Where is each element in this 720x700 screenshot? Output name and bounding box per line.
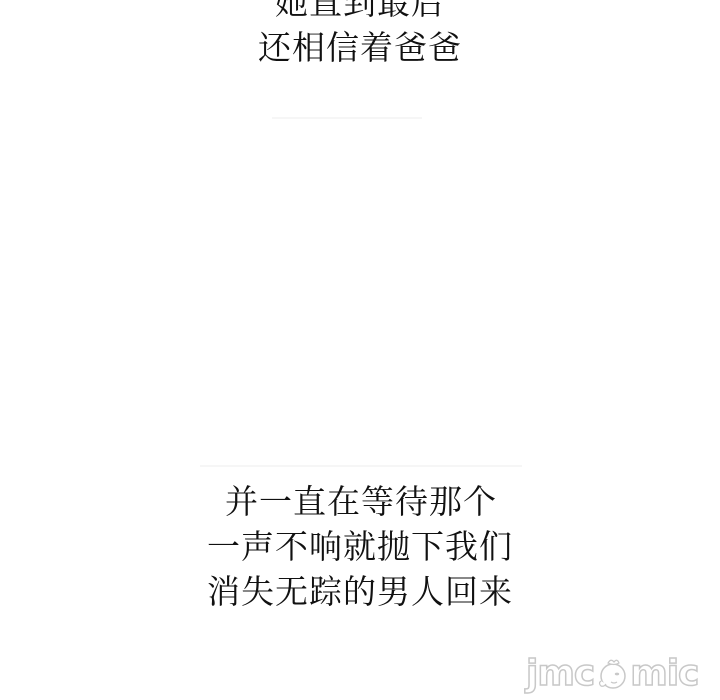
watermark-suffix: mic bbox=[630, 652, 698, 696]
caption-line: 还相信着爸爸 bbox=[0, 25, 720, 70]
divider bbox=[200, 465, 522, 467]
caption-line: 消失无踪的男人回来 bbox=[0, 569, 720, 614]
caption-top: 她直到最后 还相信着爸爸 bbox=[0, 0, 720, 70]
comic-panel: 她直到最后 还相信着爸爸 并一直在等待那个 一声不响就抛下我们 消失无踪的男人回… bbox=[0, 0, 720, 700]
caption-bottom: 并一直在等待那个 一声不响就抛下我们 消失无踪的男人回来 bbox=[0, 479, 720, 614]
watermark-prefix: jmc bbox=[526, 652, 594, 696]
mascot-face-icon bbox=[595, 657, 629, 691]
caption-line: 并一直在等待那个 bbox=[0, 479, 720, 524]
divider bbox=[272, 117, 422, 119]
caption-line: 她直到最后 bbox=[0, 0, 720, 25]
watermark-logo: jmc mic bbox=[526, 652, 716, 696]
caption-line: 一声不响就抛下我们 bbox=[0, 524, 720, 569]
